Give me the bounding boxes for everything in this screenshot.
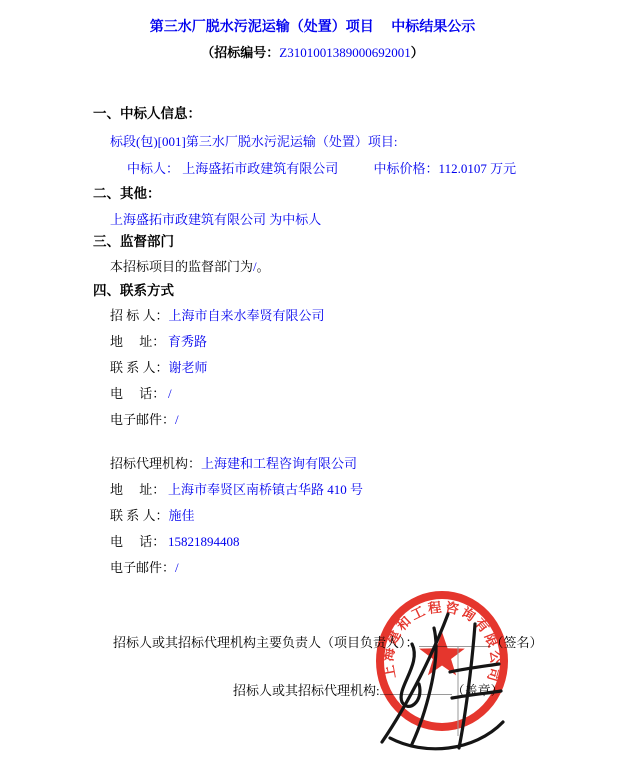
contact-row: 招标代理机构：上海建和工程咨询有限公司 (110, 456, 363, 472)
signature-strokes (382, 614, 503, 749)
contact-row-label: 电 话： (110, 386, 168, 402)
document-page: 第三水厂脱水污泥运输（处置）项目 中标结果公示 （招标编号：Z310100138… (0, 0, 625, 757)
contact-row-value: 谢老师 (169, 360, 208, 375)
contact-row-value: 上海市奉贤区南桥镇古华路 410 号 (168, 482, 363, 497)
section-4-heading: 四、联系方式 (93, 283, 174, 299)
contact-row-label: 电 话： (110, 534, 168, 550)
contact-row-value: / (175, 412, 179, 427)
supervisor-line: 本招标项目的监督部门为/。 (110, 259, 270, 275)
contact-row: 联 系 人：谢老师 (110, 360, 325, 376)
contact-row-value: / (168, 386, 172, 401)
contact-row-label: 电子邮件： (110, 412, 175, 428)
section-2-heading: 二、其他： (93, 186, 161, 202)
winner-line: 中标人： 上海盛拓市政建筑有限公司 中标价格：112.0107 万元 (127, 161, 516, 177)
contact-row-label: 联 系 人： (110, 508, 169, 524)
contact-row-label: 地 址： (110, 334, 168, 350)
lot-line: 标段(包)[001]第三水厂脱水污泥运输（处置）项目: (110, 134, 397, 150)
contact-row-label: 招 标 人： (110, 308, 169, 324)
tender-number: Z3101001389000692001 (279, 45, 410, 60)
contact-row-value: / (175, 560, 179, 575)
contact-row: 电子邮件：/ (110, 560, 363, 576)
contact-row-value: 上海市自来水奉贤有限公司 (169, 308, 325, 323)
agency-contact-block: 招标代理机构：上海建和工程咨询有限公司 地 址：上海市奉贤区南桥镇古华路 410… (110, 456, 363, 586)
contact-row: 联 系 人：施佳 (110, 508, 363, 524)
contact-row: 电子邮件：/ (110, 412, 325, 428)
contact-row-value: 上海建和工程咨询有限公司 (201, 456, 357, 471)
handwritten-signature (362, 606, 512, 751)
tenderer-contact-block: 招 标 人：上海市自来水奉贤有限公司 地 址：育秀路 联 系 人：谢老师 电 话… (110, 308, 325, 438)
contact-row-label: 地 址： (110, 482, 168, 498)
price-label: 中标价格： (374, 161, 439, 176)
contact-row-value: 施佳 (169, 508, 195, 523)
supervisor-prefix: 本招标项目的监督部门为 (110, 259, 253, 274)
contact-row: 电 话：15821894408 (110, 534, 363, 550)
winner-name: 上海盛拓市政建筑有限公司 (182, 161, 338, 176)
contact-row: 地 址：上海市奉贤区南桥镇古华路 410 号 (110, 482, 363, 498)
other-line: 上海盛拓市政建筑有限公司 为中标人 (110, 212, 321, 228)
winner-label: 中标人： (127, 161, 179, 176)
contact-row: 电 话：/ (110, 386, 325, 402)
contact-row: 招 标 人：上海市自来水奉贤有限公司 (110, 308, 325, 324)
price-value: 112.0107 万元 (439, 161, 517, 176)
supervisor-suffix: 。 (257, 259, 270, 274)
section-3-heading: 三、监督部门 (93, 234, 174, 250)
page-title: 第三水厂脱水污泥运输（处置）项目 中标结果公示 (0, 20, 625, 36)
tender-number-prefix: （招标编号： (201, 45, 279, 60)
stamp-line-label: 招标人或其招标代理机构: (233, 683, 380, 698)
contact-row-label: 电子邮件： (110, 560, 175, 576)
tender-number-line: （招标编号：Z3101001389000692001） (0, 45, 625, 61)
tender-number-suffix: ） (411, 45, 424, 60)
contact-row-value: 15821894408 (168, 534, 240, 549)
contact-row-value: 育秀路 (168, 334, 207, 349)
section-1-heading: 一、中标人信息： (93, 106, 201, 122)
contact-row: 地 址：育秀路 (110, 334, 325, 350)
contact-row-label: 招标代理机构： (110, 456, 201, 472)
contact-row-label: 联 系 人： (110, 360, 169, 376)
